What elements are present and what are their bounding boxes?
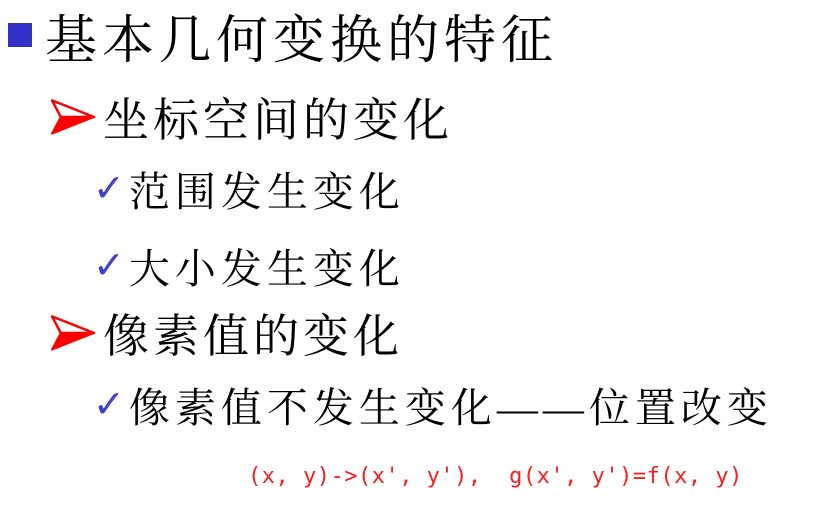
bullet-item-level3: ✓ 像素值不发生变化——位置改变 <box>93 376 773 432</box>
bullet-item-text: 像素值不发生变化——位置改变 <box>129 375 773 434</box>
bullet-item-level3: ✓ 范围发生变化 <box>93 161 405 215</box>
check-bullet-icon: ✓ <box>93 382 125 426</box>
slide: 基本几何变换的特征 坐标空间的变化 ✓ 范围发生变化 ✓ 大小发生变化 像素值的… <box>0 0 836 524</box>
bullet-item-text: 像素值的变化 <box>103 300 403 366</box>
arrowhead-bullet-icon <box>51 97 96 137</box>
check-bullet-icon: ✓ <box>93 243 125 287</box>
title-row: 基本几何变换的特征 <box>8 4 558 66</box>
square-bullet-icon <box>8 23 32 47</box>
bullet-item-text: 大小发生变化 <box>129 236 405 295</box>
bullet-item-text: 范围发生变化 <box>129 159 405 218</box>
formula-text: (x, y)->(x', y'), g(x', y')=f(x, y) <box>248 464 743 489</box>
check-bullet-icon: ✓ <box>93 166 125 210</box>
bullet-item-level2: 像素值的变化 <box>51 303 403 363</box>
bullet-item-level3: ✓ 大小发生变化 <box>93 237 405 293</box>
bullet-item-level2: 坐标空间的变化 <box>51 86 453 148</box>
slide-title: 基本几何变换的特征 <box>45 0 558 73</box>
bullet-item-text: 坐标空间的变化 <box>103 84 453 150</box>
arrowhead-bullet-icon <box>51 313 96 353</box>
